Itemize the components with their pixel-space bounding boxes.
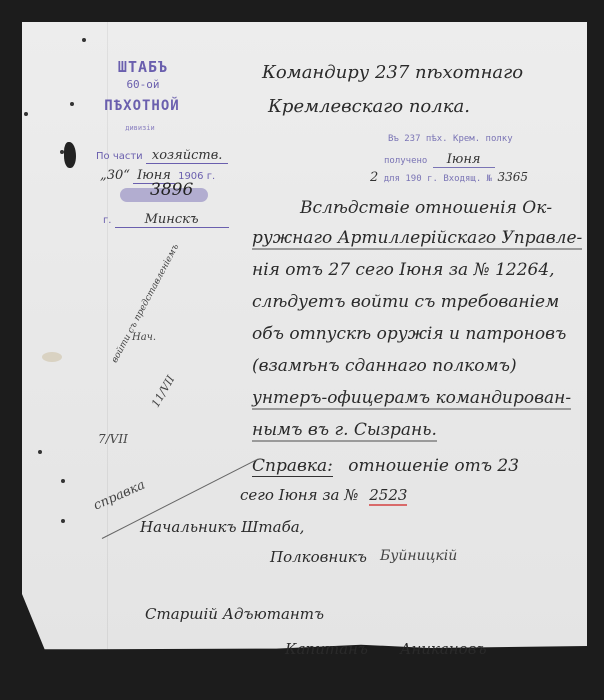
reference-label: Справка: <box>252 456 333 477</box>
received-stamp-row2: получено Iюня <box>384 152 495 167</box>
document-paper <box>22 22 587 672</box>
stamp-city-row: г. Минскъ <box>103 212 229 228</box>
ink-blot <box>64 142 76 168</box>
stamp-city: Минскъ <box>115 212 229 228</box>
reference-number: 2523 <box>369 486 407 506</box>
incoming-number: 3365 <box>498 170 529 184</box>
reference-line2: сего Iюня за № 2523 <box>240 486 407 504</box>
stamp-title: ШТАБЪ <box>98 58 188 76</box>
body-line-5: объ отпускѣ оружiя и патроновъ <box>252 324 566 344</box>
body-line-7: унтеръ-офицерамъ командирован- <box>252 388 571 410</box>
addressee-line2: Кремлевскаго полка. <box>268 96 470 117</box>
incoming-label: г. Входящ. № <box>427 174 492 184</box>
body-line-3: нiя отъ 27 сего Iюня за № 12264, <box>252 260 555 280</box>
received-stamp-row3: 2 для 190 г. Входящ. № 3365 <box>370 170 528 185</box>
addressee-line1: Командиру 237 пѣхотнаго <box>262 62 523 83</box>
stamp-infantry: ПѢХОТНОЙ <box>82 98 202 114</box>
reference-text1: отношенiе отъ 23 <box>348 456 519 476</box>
received-day: 2 <box>370 170 378 185</box>
reference-text2: сего Iюня за № <box>240 486 358 504</box>
punch-hole <box>61 519 65 523</box>
stamp-part-label: По части <box>96 151 143 162</box>
reference-line1: Справка: отношенiе отъ 23 <box>252 456 519 476</box>
adjutant-rank: Капитанъ <box>285 640 368 658</box>
punch-hole <box>61 479 65 483</box>
stamp-part-row: По части хозяйств. <box>96 148 228 164</box>
stamp-date-day: „30“ <box>100 168 130 183</box>
punch-hole <box>70 102 74 106</box>
punch-hole <box>82 38 86 42</box>
outgoing-number: 3896 <box>150 180 193 200</box>
stamp-date-suffix: г. <box>207 171 215 182</box>
margin-note-1: Нач. <box>132 332 156 343</box>
chief-title: Начальникъ Штаба, <box>140 518 304 536</box>
received-day-label: для 190 <box>384 174 422 184</box>
body-line-4: слѣдуетъ войти съ требованiем <box>252 292 559 312</box>
received-label: получено <box>384 156 427 166</box>
adjutant-signature: Аникановъ <box>400 640 486 658</box>
body-line-1: Вслѣдствiе отношенiя Ок- <box>300 198 552 218</box>
chief-rank: Полковникъ <box>270 548 367 566</box>
stamp-part-value: хозяйств. <box>146 148 229 164</box>
body-line-8: нымъ въ г. Сызрань. <box>252 420 437 442</box>
received-value: Iюня <box>433 152 495 168</box>
chief-signature: Буйницкiй <box>380 548 457 564</box>
stamp-city-prefix: г. <box>103 215 111 226</box>
body-line-2: ружнаго Артиллерiйскаго Управле- <box>252 228 582 250</box>
stamp-division: дивизiи <box>110 124 170 132</box>
punch-hole <box>24 112 28 116</box>
adjutant-title: Старшiй Адъютантъ <box>145 605 324 623</box>
punch-hole <box>38 450 42 454</box>
stamp-division-number: 60-ой <box>108 78 178 91</box>
margin-note-4: 7/VII <box>98 432 128 446</box>
body-line-6: (взамѣнъ сданнаго полкомъ) <box>252 356 517 376</box>
received-stamp-line1: Въ 237 пѣх. Крем. полку <box>388 134 513 144</box>
stain <box>42 352 62 362</box>
fold-line <box>107 22 108 672</box>
